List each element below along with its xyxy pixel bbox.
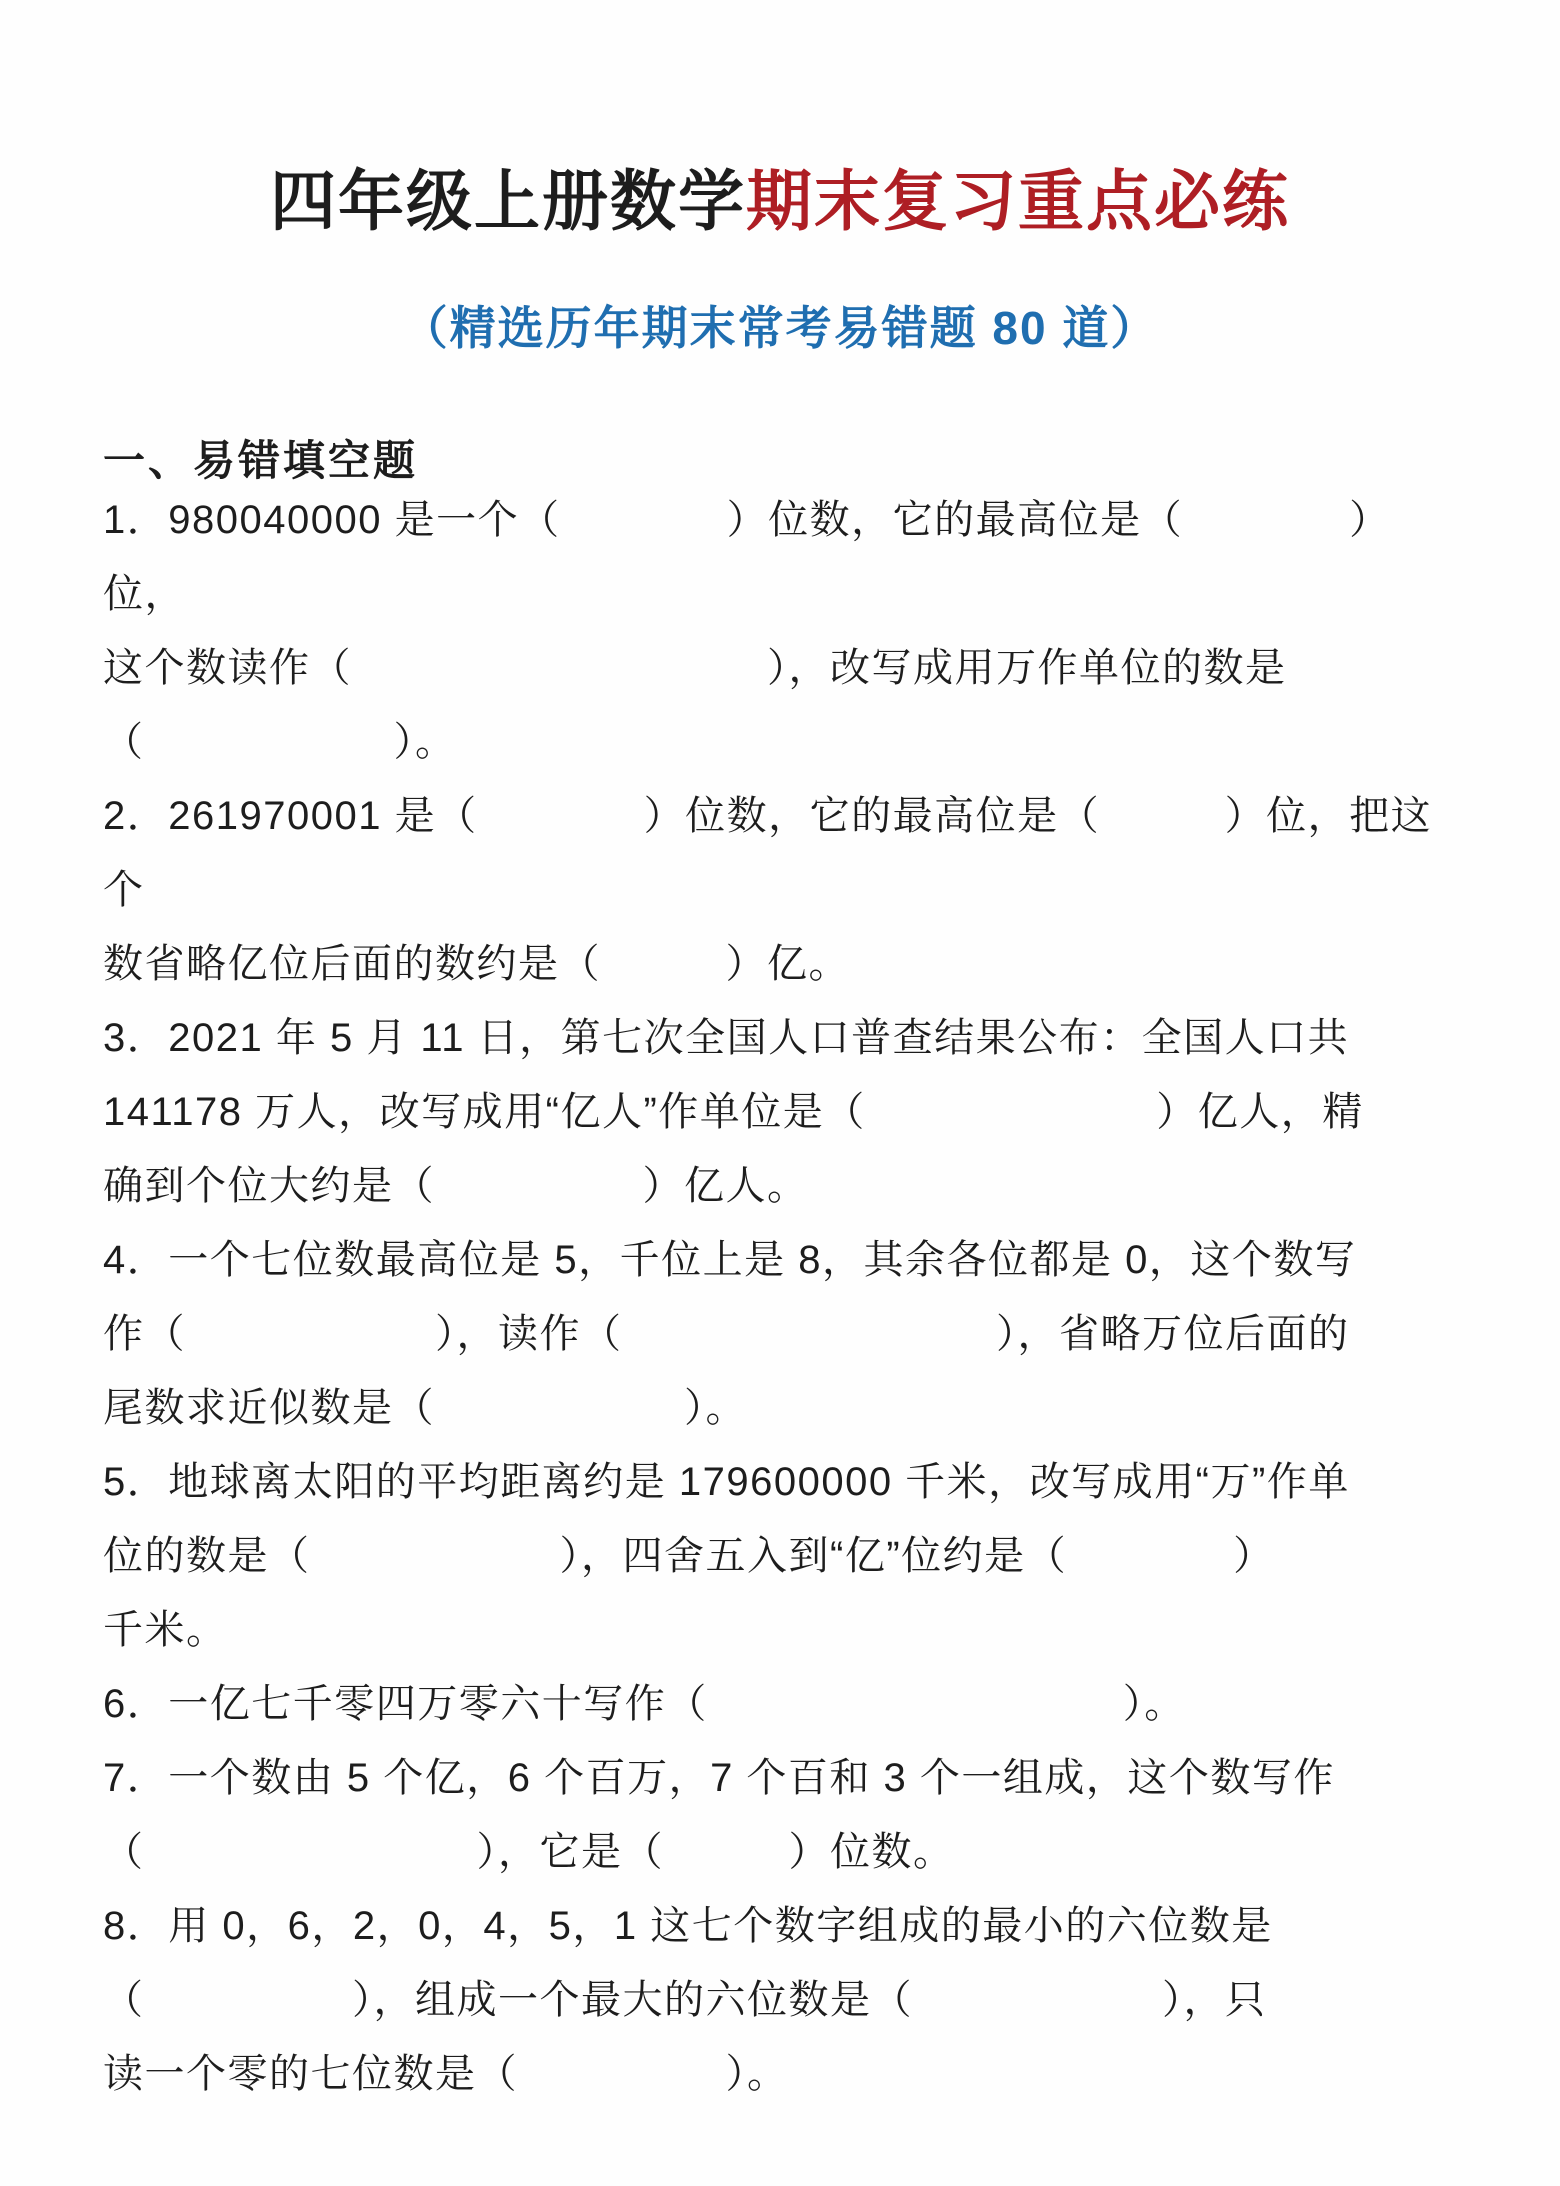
question-1-line-1: 1．980040000 是一个（ ）位数，它的最高位是（ ）位， (103, 483, 1463, 631)
question-5-line-2: 位的数是（ ），四舍五入到“亿”位约是（ ） (103, 1519, 1463, 1593)
question-6-line-1: 6．一亿七千零四万零六十写作（ ）。 (103, 1667, 1463, 1741)
question-1-line-2: 这个数读作（ ），改写成用万作单位的数是 (103, 631, 1463, 705)
page-title-black-part: 四年级上册数学 (270, 164, 746, 238)
question-3-line-3: 确到个位大约是（ ）亿人。 (103, 1149, 1463, 1223)
question-7-line-2: （ ），它是（ ）位数。 (103, 1815, 1463, 1889)
question-4-line-2: 作（ ），读作（ ），省略万位后面的 (103, 1297, 1463, 1371)
question-5-line-3: 千米。 (103, 1593, 1463, 1667)
question-8-line-2: （ ），组成一个最大的六位数是（ ），只 (103, 1963, 1463, 2037)
page-subtitle: （精选历年期末常考易错题 80 道） (0, 292, 1560, 358)
section-heading: 一、易错填空题 (103, 428, 418, 488)
page-title: 四年级上册数学期末复习重点必练 (0, 148, 1560, 243)
question-4-line-3: 尾数求近似数是（ ）。 (103, 1371, 1463, 1445)
question-1-line-3: （ ）。 (103, 705, 1463, 779)
question-2-line-2: 数省略亿位后面的数约是（ ）亿。 (103, 927, 1463, 1001)
question-list: 1．980040000 是一个（ ）位数，它的最高位是（ ）位，这个数读作（ ）… (103, 483, 1463, 2111)
page-title-red-part: 期末复习重点必练 (746, 164, 1290, 238)
question-8-line-1: 8．用 0，6，2，0，4，5，1 这七个数字组成的最小的六位数是 (103, 1889, 1463, 1963)
question-2-line-1: 2．261970001 是（ ）位数，它的最高位是（ ）位，把这个 (103, 779, 1463, 927)
worksheet-page: 四年级上册数学期末复习重点必练 （精选历年期末常考易错题 80 道） 一、易错填… (0, 0, 1560, 2186)
question-7-line-1: 7．一个数由 5 个亿，6 个百万，7 个百和 3 个一组成，这个数写作 (103, 1741, 1463, 1815)
question-3-line-2: 141178 万人，改写成用“亿人”作单位是（ ）亿人，精 (103, 1075, 1463, 1149)
question-3-line-1: 3．2021 年 5 月 11 日，第七次全国人口普查结果公布：全国人口共 (103, 1001, 1463, 1075)
question-8-line-3: 读一个零的七位数是（ ）。 (103, 2037, 1463, 2111)
question-5-line-1: 5．地球离太阳的平均距离约是 179600000 千米，改写成用“万”作单 (103, 1445, 1463, 1519)
question-4-line-1: 4．一个七位数最高位是 5，千位上是 8，其余各位都是 0，这个数写 (103, 1223, 1463, 1297)
